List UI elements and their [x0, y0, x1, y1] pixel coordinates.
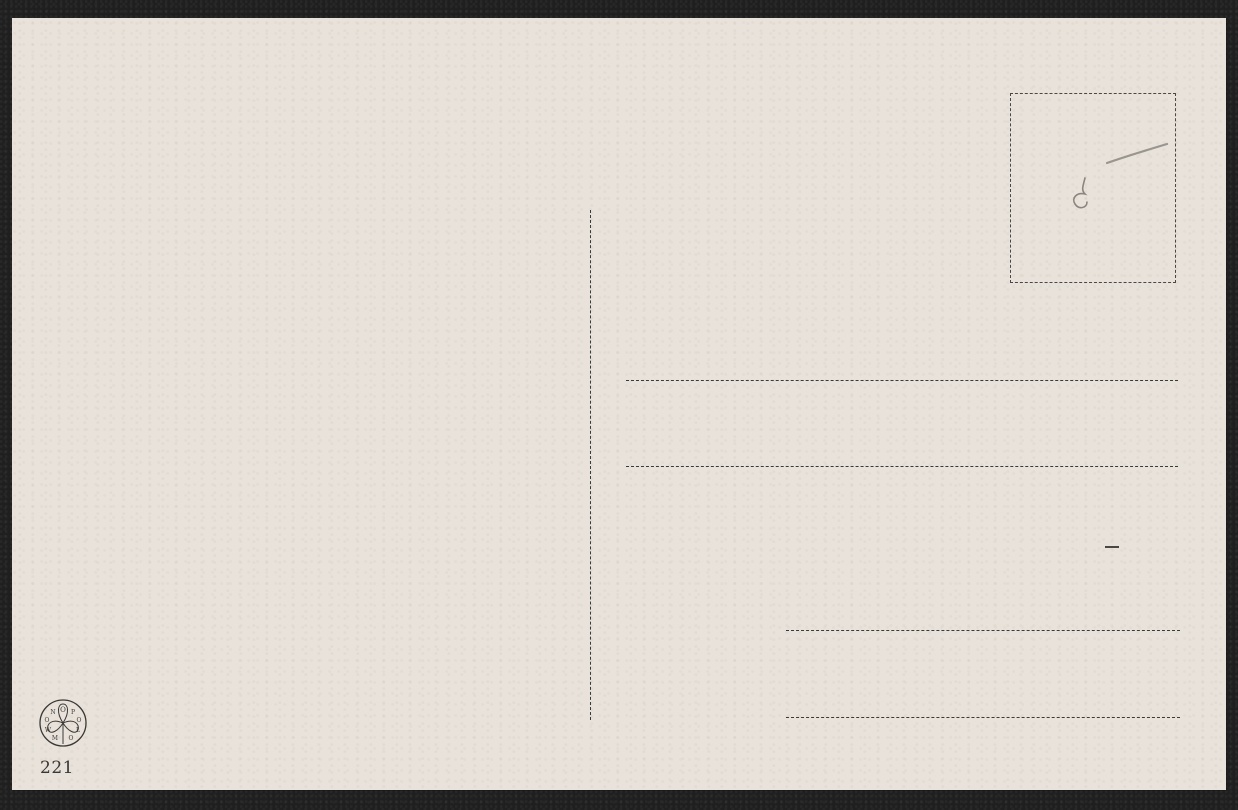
address-line-4	[786, 717, 1180, 718]
address-line-2	[626, 466, 1178, 467]
publisher-logo-icon: O P O L O M W O N	[38, 698, 88, 748]
center-divider-line	[590, 210, 591, 720]
svg-text:O: O	[45, 717, 50, 724]
svg-text:N: N	[50, 709, 55, 716]
svg-text:P: P	[71, 709, 75, 716]
address-line-3	[786, 630, 1180, 631]
postcard-back: O P O L O M W O N 221	[12, 18, 1226, 790]
svg-text:L: L	[76, 727, 80, 734]
card-number: 221	[40, 758, 100, 778]
svg-text:O: O	[69, 735, 74, 742]
pencil-mark-icon	[1067, 128, 1177, 218]
dash-mark	[1105, 546, 1119, 548]
svg-text:O: O	[60, 706, 66, 714]
svg-text:W: W	[45, 727, 52, 734]
svg-text:M: M	[52, 735, 58, 742]
address-line-1	[626, 380, 1178, 381]
svg-text:O: O	[77, 717, 82, 724]
